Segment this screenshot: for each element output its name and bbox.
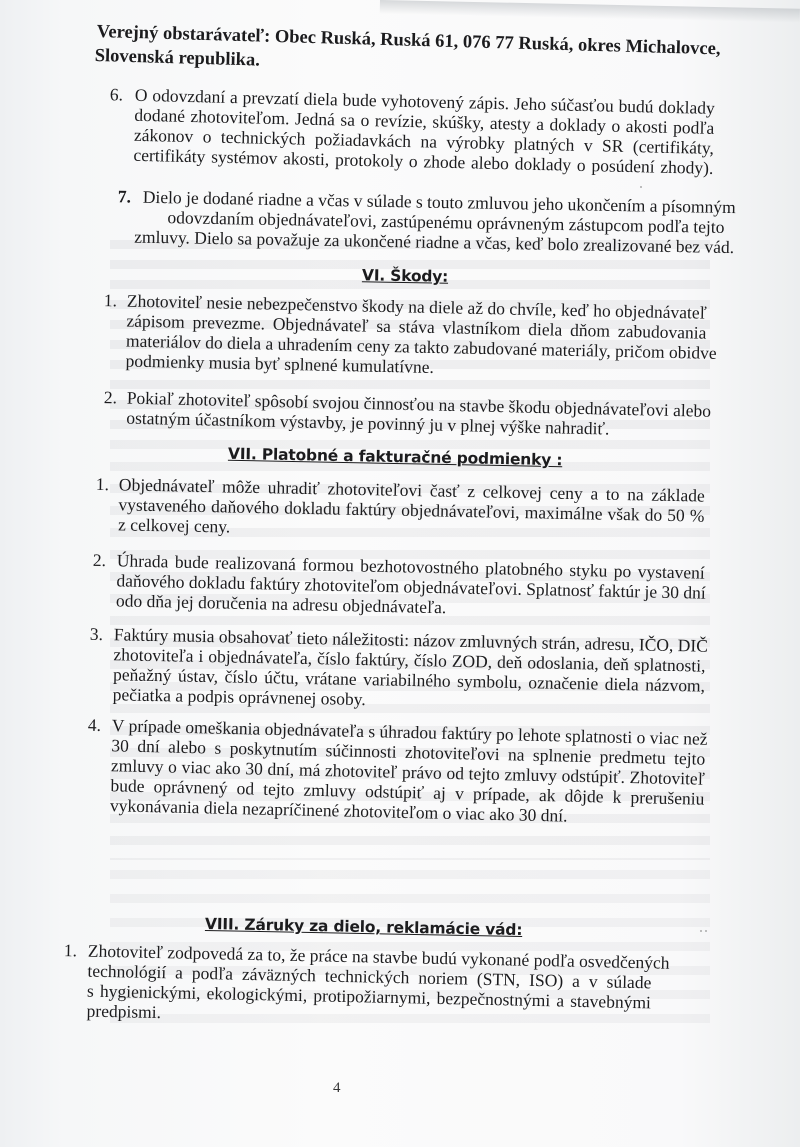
clause-number: 2.	[104, 387, 118, 407]
clause-line: predpismi.	[86, 1001, 161, 1023]
contracting-authority-line-2: Slovenská republika.	[94, 46, 260, 71]
clause-number: 7.	[118, 186, 131, 206]
clause-number: 3.	[90, 624, 104, 644]
section-heading-viii: VIII. Záruky za dielo, reklamácie vád:	[205, 915, 523, 939]
clause-number: 2.	[93, 550, 107, 570]
clause-line: pečiatka a podpis oprávnenej osoby.	[113, 684, 366, 709]
scan-edge-shadow	[380, 0, 800, 23]
section-heading-vi: VI. Škody:	[362, 266, 448, 286]
scan-speck	[700, 930, 702, 932]
page-number: 4	[333, 1080, 341, 1097]
scanned-document-page: Verejný obstarávateľ: Obec Ruská, Ruská …	[0, 0, 800, 1147]
clause-number: 6.	[110, 84, 124, 104]
clause-number: 1.	[96, 474, 110, 494]
clause-line: z celkovej ceny.	[118, 514, 230, 536]
scan-speck	[640, 186, 642, 188]
clause-number: 1.	[64, 940, 78, 960]
clause-number: 1.	[104, 290, 118, 310]
clause-number: 4.	[88, 715, 102, 735]
section-heading-vii: VII. Platobné a fakturačné podmienky :	[228, 445, 563, 469]
scan-speck	[705, 930, 707, 932]
